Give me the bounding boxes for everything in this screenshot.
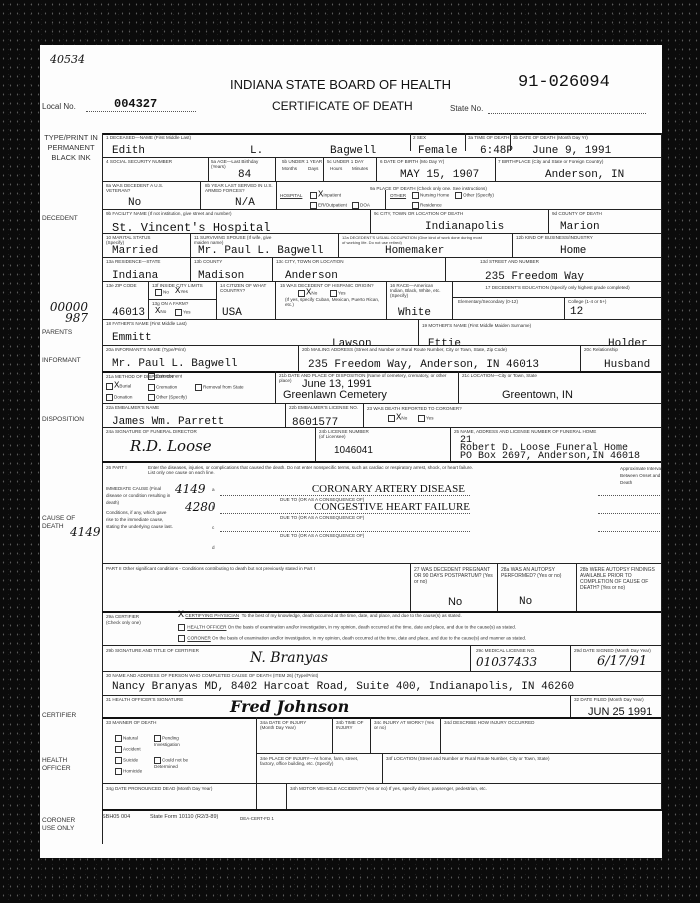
inpatient-checkbox[interactable]: XInpatient [310, 192, 341, 199]
medical-license-label: 29c MEDICAL LICENSE NO. [476, 648, 535, 653]
year-served: N/A [235, 197, 255, 209]
year-served-label: 8b YEAR LAST SERVED IN U.S. ARMED FORCES… [205, 183, 275, 193]
completer-name-address: Nancy Branyas MD, 8402 Harcoat Road, Sui… [112, 681, 574, 693]
certifier-signature-label: 29b SIGNATURE AND TITLE OF CERTIFIER [106, 648, 199, 653]
manner-natural-checkbox[interactable]: Natural [115, 735, 138, 742]
pregnant-value: No [448, 596, 462, 608]
injury-place-label: 34e PLACE OF INJURY—At home, farm, stree… [260, 756, 370, 766]
city-label: 9c CITY, TOWN OR LOCATION OF DEATH [374, 211, 463, 216]
motor-vehicle-label: 34h MOTOR VEHICLE ACCIDENT? (Yes or no) … [290, 786, 487, 791]
hispanic-no-checkbox[interactable]: XNo [298, 290, 317, 297]
funeral-director-signature: R.D. Loose [130, 437, 212, 455]
medical-license: 01037433 [476, 655, 537, 669]
cremation-checkbox[interactable]: Cremation [148, 384, 177, 391]
state-no-label: State No. [450, 104, 483, 113]
manner-suicide-checkbox[interactable]: Suicide [115, 757, 138, 764]
pronounced-dead-label: 34g DATE PRONOUNCED DEAD (Month Day Year… [106, 786, 212, 791]
months-label: Months [282, 166, 297, 171]
cause-b-letter: b [212, 505, 215, 510]
cause-c-letter: c [212, 525, 214, 530]
farm-no-checkbox[interactable]: XNo [155, 309, 166, 314]
local-no: 004327 [114, 97, 157, 111]
county-label: 9d COUNTY OF DEATH [552, 211, 602, 216]
city-of-death: Indianapolis [425, 221, 504, 233]
page-title: CERTIFICATE OF DEATH [272, 99, 413, 113]
director-license-label: 24b LICENSE NUMBER (of Licensee) [319, 429, 369, 439]
director-license: 1046041 [334, 445, 373, 456]
disposition-place: Greenlawn Cemetery [283, 389, 387, 401]
injury-describe-label: 34d DESCRIBE HOW INJURY OCCURRED [444, 720, 534, 725]
zip-label: 13e ZIP CODE [106, 283, 137, 288]
other-disposition-checkbox[interactable]: Other (Specify) [148, 394, 187, 401]
under1day-label: 5c UNDER 1 DAY [327, 159, 364, 164]
sex-label: 2 SEX [413, 135, 426, 140]
informant-name-label: 20a INFORMANT'S NAME (Type/Print) [106, 347, 186, 352]
cause-a-letter: a [212, 487, 215, 492]
date-of-death: June 9, 1991 [532, 145, 611, 157]
date-of-birth: MAY 15, 1907 [400, 169, 479, 181]
sex: Female [418, 145, 458, 157]
due-to-label: DUE TO (OR AS A CONSEQUENCE OF) [280, 515, 364, 520]
completer-label: 30 NAME AND ADDRESS OF PERSON WHO COMPLE… [106, 673, 318, 678]
autopsy-findings-label: 28b WERE AUTOPSY FINDINGS AVAILABLE PRIO… [580, 567, 662, 591]
certifier-section-label: CERTIFIER [42, 712, 76, 720]
burial-checkbox[interactable]: XBurial [106, 383, 131, 390]
spouse-label: 11 SURVIVING SPOUSE (If wife, give maide… [194, 235, 274, 245]
elementary-label: Elementary/Secondary (0-12) [458, 299, 518, 304]
margin-code: 00000 987 [48, 302, 88, 324]
autopsy-label: 28a WAS AN AUTOPSY PERFORMED? (Yes or no… [501, 567, 571, 579]
ssn-label: 4 SOCIAL SECURITY NUMBER [106, 159, 172, 164]
cause-b-text: CONGESTIVE HEART FAILURE [220, 501, 470, 513]
coroner-reported-label: 23 WAS DEATH REPORTED TO CORONER? [367, 406, 462, 411]
middle-name: L. [250, 145, 263, 157]
health-officer-signature-label: 31 HEALTH OFFICER'S SIGNATURE [106, 697, 183, 702]
part2-label: PART II Other significant conditions - C… [106, 566, 315, 571]
manner-label: 33 MANNER OF DEATH [106, 720, 156, 725]
coroner-section-label: CORONER USE ONLY [42, 817, 87, 833]
certifying-physician-option[interactable]: X CERTIFYING PHYSICIAN To the best of my… [178, 613, 462, 618]
er-outpatient-checkbox[interactable]: ER/Outpatient [310, 202, 347, 209]
father-first: Emmitt [112, 332, 152, 344]
zip-code: 46013 [112, 307, 145, 319]
interval-label: Approximate Interval Between Onset and D… [620, 465, 665, 486]
coroner-option[interactable]: CORONER On the basis of examination and/… [178, 635, 526, 642]
nursing-home-checkbox[interactable]: Nursing Home [412, 192, 449, 199]
decedent-section-label: DECEDENT [42, 215, 78, 223]
donation-checkbox[interactable]: Donation [106, 394, 132, 401]
local-no-label: Local No. [42, 102, 76, 111]
education-elementary: 12 [570, 306, 583, 318]
res-city-label: 13c CITY, TOWN OR LOCATION [276, 259, 344, 264]
education-label: 17 DECEDENT'S EDUCATION (Specify only hi… [460, 285, 655, 290]
business-label: 12b KIND OF BUSINESS/INDUSTRY [516, 235, 593, 240]
part1-label: 26 PART I [106, 465, 127, 470]
manner-homicide-checkbox[interactable]: Homicide [115, 768, 142, 775]
manner-accident-checkbox[interactable]: Accident [115, 746, 141, 753]
mother-label: 19 MOTHER'S NAME (First Middle Maiden Su… [422, 323, 531, 328]
residence-checkbox[interactable]: Residence [412, 202, 442, 209]
date-label: 3b DATE OF DEATH (Month Day Yr) [513, 135, 588, 140]
immediate-cause-label: IMMEDIATE CAUSE (Final disease or condit… [106, 485, 174, 506]
cause-a-code: 4149 [175, 482, 206, 496]
city-limits-no-checkbox[interactable]: No [155, 289, 169, 296]
relationship-label: 20c Relationship [584, 347, 618, 352]
farm-yes-checkbox[interactable]: Yes [175, 309, 191, 316]
disposition-section-label: DISPOSITION [42, 416, 84, 424]
marital-label: 10 MARITAL STATUS (Specify) [106, 235, 156, 245]
disposition-location: Greentown, IN [502, 389, 573, 401]
health-officer-option[interactable]: HEALTH OFFICER On the basis of examinati… [178, 624, 516, 631]
part1-instructions: Enter the diseases, injuries, or complic… [148, 465, 478, 475]
certifier-signature: N. Branyas [250, 650, 328, 666]
date-signed: 6/17/91 [597, 654, 647, 669]
birthplace-label: 7 BIRTHPLACE (City and State or Foreign … [498, 159, 603, 164]
autopsy-value: No [519, 596, 532, 608]
citizen-country: USA [222, 307, 242, 319]
health-officer-signature: Fred Johnson [230, 697, 349, 716]
other-label: OTHER [390, 193, 406, 198]
manner-pending-checkbox[interactable]: Pending Investigation [154, 735, 199, 747]
certifier-label: 29a CERTIFIER (Check only one) [106, 614, 151, 626]
birthplace: Anderson, IN [545, 169, 624, 181]
cause-b-code: 4280 [185, 500, 216, 514]
minutes-label: Minutes [352, 166, 368, 171]
surviving-spouse: Mr. Paul L. Bagwell [198, 245, 323, 257]
under1-label: 5b UNDER 1 YEAR [282, 159, 322, 164]
age-label: 5a AGE—Last Birthday (Years) [211, 159, 266, 169]
hispanic-note: (If yes, specify Cuban, Mexican, Puerto … [285, 297, 385, 307]
father-label: 18 FATHER'S NAME (First Middle Last) [106, 321, 187, 326]
certificate-number: 91-026094 [518, 73, 610, 92]
city-limits-yes-checkbox[interactable]: XYes [175, 289, 188, 294]
coroner-no-checkbox[interactable]: XNo [388, 415, 407, 422]
date-signed-label: 29d DATE SIGNED (Month Day Year) [574, 648, 651, 653]
hospital-label: HOSPITAL [280, 193, 302, 198]
other-specify-checkbox[interactable]: Other (Specify) [455, 192, 494, 199]
due-to-label: DUE TO (OR AS A CONSEQUENCE OF) [280, 533, 364, 538]
res-county-label: 13b COUNTY [194, 259, 222, 264]
removal-checkbox[interactable]: Removal from State [195, 384, 244, 391]
name-label: 1 DECEASED—NAME (First Middle Last) [106, 135, 191, 140]
cause-d-letter: d [212, 545, 215, 550]
veteran-label: 8a WAS DECEDENT A U.S. VETERAN? [106, 183, 186, 193]
hours-label: Hours [330, 166, 342, 171]
informant-address: 235 Freedom Way, Anderson, IN 46013 [308, 359, 539, 371]
facility-label: 9b FACILITY NAME (If not institution, gi… [106, 211, 232, 216]
time-of-death: 6:48P [480, 145, 513, 157]
citizen-label: 14 CITIZEN OF WHAT COUNTRY? [220, 283, 270, 293]
date-filed-label: 32 DATE FILED (Month Day Year) [574, 697, 644, 702]
state-form: State Form 10110 (R2/3-89) [150, 815, 218, 820]
cause-a-text: CORONARY ARTERY DISEASE [220, 483, 465, 495]
injury-location-label: 34f LOCATION (Street and Number or Rural… [386, 756, 549, 761]
death-certificate: 40534 INDIANA STATE BOARD OF HEALTH CERT… [40, 45, 662, 858]
form-code: SBH05 004 [102, 815, 130, 820]
marital-status: Married [112, 245, 158, 257]
days-label: Days [308, 166, 318, 171]
file-number: 40534 [50, 53, 85, 66]
occupation-label: 12a DECEDENT'S USUAL OCCUPATION (Give ki… [342, 235, 482, 245]
conditions-label: Conditions, if any, which gave rise to t… [106, 509, 174, 530]
funeral-home-label: 25 NAME, ADDRESS AND LICENSE NUMBER OF F… [454, 429, 596, 434]
entombment-checkbox[interactable]: Entombment [148, 373, 182, 380]
cert-code: DEA-CERT-FD 1 [240, 816, 274, 821]
informant-relationship: Husband [604, 359, 650, 371]
hispanic-label: 15 WAS DECEDENT OF HISPANIC ORIGIN? [280, 283, 374, 288]
disposition-location-label: 21c LOCATION—City or Town, State [462, 373, 537, 378]
race: White [398, 307, 431, 319]
business: Home [560, 245, 586, 257]
veteran: No [128, 197, 141, 209]
doa-checkbox[interactable]: DOA [352, 202, 370, 209]
informant-address-label: 20b MAILING ADDRESS (Street and Number o… [302, 347, 507, 352]
hispanic-yes-checkbox[interactable]: Yes [330, 290, 346, 297]
embalmer-label: 22a EMBALMER'S NAME [106, 405, 159, 410]
first-name: Edith [112, 145, 145, 157]
health-officer-section-label: HEALTH OFFICER [42, 757, 82, 773]
parents-section-label: PARENTS [42, 329, 72, 337]
type-print-label: TYPE/PRINT IN PERMANENT BLACK INK [42, 133, 100, 163]
funeral-home-address: PO Box 2697, Anderson,IN 46018 [460, 452, 640, 461]
informant-section-label: INFORMANT [42, 357, 81, 365]
pregnant-label: 27 WAS DECEDENT PREGNANT OR 90 DAYS POST… [414, 567, 494, 585]
director-signature-label: 24a SIGNATURE OF FUNERAL DIRECTOR [106, 429, 197, 434]
agency-title: INDIANA STATE BOARD OF HEALTH [230, 77, 451, 92]
place-of-death-label: 9a PLACE OF DEATH (Check only one. See i… [370, 186, 487, 191]
last-name: Bagwell [330, 145, 376, 157]
county-of-death: Marion [560, 221, 600, 233]
street-label: 13d STREET AND NUMBER [480, 259, 539, 264]
college-label: College (1-4 or 5+) [568, 299, 606, 304]
informant-name: Mr. Paul L. Bagwell [112, 358, 237, 370]
race-label: 16 RACE—American Indian, Black, White, e… [390, 283, 445, 298]
injury-date-label: 34a DATE OF INJURY (Month Day Year) [260, 720, 315, 730]
time-label: 3a TIME OF DEATH [468, 135, 509, 140]
res-state-label: 13a RESIDENCE—STATE [106, 259, 160, 264]
age: 84 [238, 169, 251, 181]
coroner-yes-checkbox[interactable]: Yes [418, 415, 434, 422]
embalmer-license-label: 22b EMBALMER'S LICENSE NO. [289, 405, 358, 410]
cause-code-margin: 4149 [70, 525, 101, 539]
occupation: Homemaker [385, 245, 444, 257]
injury-at-work-label: 34c INJURY AT WORK? (Yes or no) [374, 720, 434, 730]
manner-undetermined-checkbox[interactable]: Could not be Determined [154, 757, 199, 769]
dob-label: 6 DATE OF BIRTH (Mo Day Yr) [380, 159, 444, 164]
injury-time-label: 34b TIME OF INJURY [336, 720, 366, 730]
